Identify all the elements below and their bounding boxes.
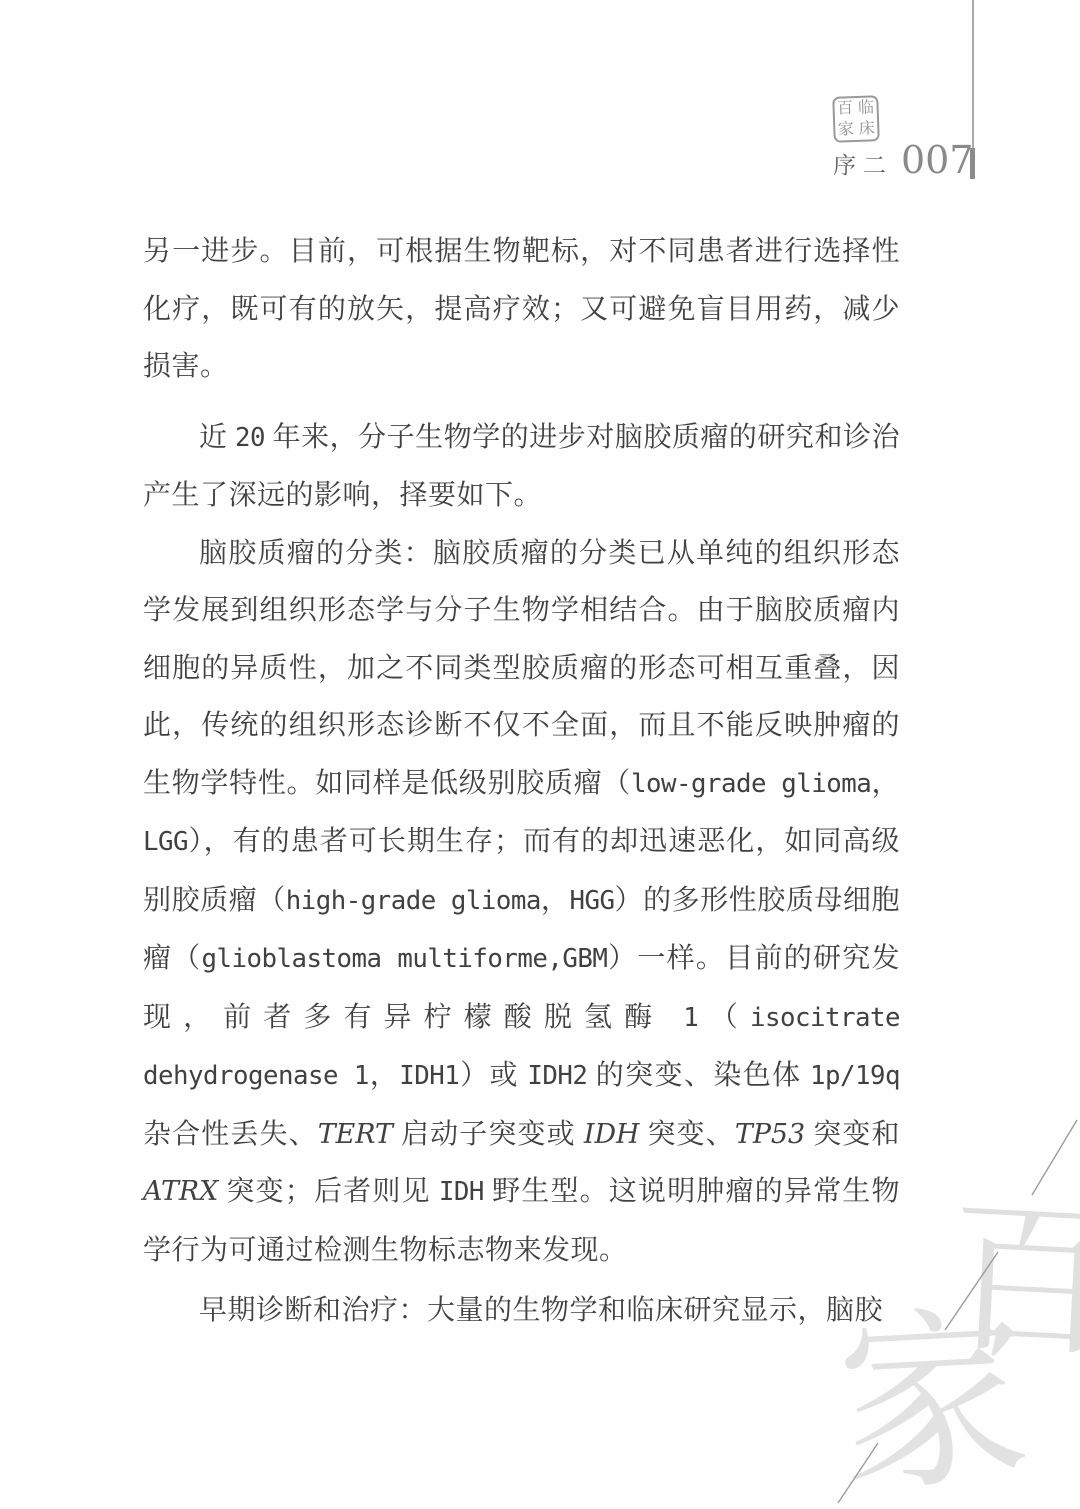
- cjk-text: 杂合性丢失、: [143, 1119, 318, 1150]
- latin-text: IDH1: [399, 1061, 459, 1091]
- paragraph: 近 20 年来，分子生物学的进步对脑胶质瘤的研究和诊治产生了深远的影响，择要如下…: [143, 409, 900, 525]
- gene-name: IDH: [584, 1119, 640, 1150]
- gene-name: TERT: [318, 1119, 393, 1150]
- cjk-text: 突变和: [805, 1119, 900, 1150]
- seal-char: 床: [859, 121, 876, 138]
- cjk-text: 启动子突变或: [393, 1119, 584, 1150]
- cjk-text: 的突变、染色体: [587, 1060, 810, 1091]
- paragraph: 另一进步。目前，可根据生物靶标，对不同患者进行选择性化疗，既可有的放矢，提高疗效…: [143, 223, 900, 396]
- cjk-text: ，: [871, 768, 900, 799]
- cjk-text: ，: [369, 1060, 399, 1091]
- book-page: 百 临 家 床 序二 007 百 家 另一进步。目前，可根据生物靶标，对不同患者…: [0, 0, 1080, 1509]
- cjk-text: 另一进步。目前，可根据生物靶标，对不同患者进行选择性化疗，既可有的放矢，提高疗效…: [143, 236, 900, 382]
- seal-char: 临: [858, 100, 875, 117]
- cjk-text: （: [698, 1002, 750, 1033]
- publisher-seal: 百 临 家 床: [832, 95, 880, 143]
- latin-text: 1p/19q: [810, 1061, 900, 1091]
- seal-char: 家: [838, 122, 855, 139]
- cjk-text: 突变、: [639, 1119, 734, 1150]
- latin-text: glioblastoma multiforme,GBM: [202, 944, 608, 974]
- diagonal-line: [1032, 1120, 1077, 1195]
- paragraph: 早期诊断和治疗：大量的生物学和临床研究显示，脑胶: [143, 1282, 900, 1340]
- cjk-text: 近: [199, 422, 235, 453]
- latin-text: 20: [235, 423, 265, 453]
- latin-text: 1: [683, 1003, 698, 1033]
- section-title: 序二: [833, 147, 893, 180]
- gene-name: ATRX: [143, 1176, 218, 1207]
- latin-text: low-grade glioma: [631, 769, 871, 799]
- cjk-text: 脑胶质瘤的分类：脑胶质瘤的分类已从单纯的组织形态学发展到组织形态学与分子生物学相…: [143, 538, 900, 799]
- latin-text: high-grade glioma: [286, 886, 541, 916]
- paragraph: 脑胶质瘤的分类：脑胶质瘤的分类已从单纯的组织形态学发展到组织形态学与分子生物学相…: [143, 525, 900, 1280]
- cjk-text: 突变；后者则见: [218, 1176, 439, 1207]
- watermark-char: 百: [944, 1192, 1080, 1369]
- latin-text: LGG: [143, 827, 188, 857]
- page-number: 007: [901, 138, 974, 182]
- latin-text: IDH2: [527, 1061, 587, 1091]
- latin-text: HGG: [569, 886, 614, 916]
- diagonal-line: [838, 1443, 878, 1503]
- margin-rule-thin: [972, 0, 974, 149]
- cjk-text: ，: [541, 885, 570, 916]
- margin-rule-thick: [970, 148, 975, 179]
- cjk-text: ）或: [459, 1060, 527, 1091]
- cjk-text: 早期诊断和治疗：大量的生物学和临床研究显示，脑胶: [199, 1295, 883, 1326]
- page-body: 另一进步。目前，可根据生物靶标，对不同患者进行选择性化疗，既可有的放矢，提高疗效…: [143, 223, 900, 1340]
- seal-char: 百: [837, 101, 854, 118]
- latin-text: IDH: [439, 1177, 484, 1207]
- gene-name: TP53: [735, 1119, 805, 1150]
- diagonal-line: [945, 1252, 998, 1330]
